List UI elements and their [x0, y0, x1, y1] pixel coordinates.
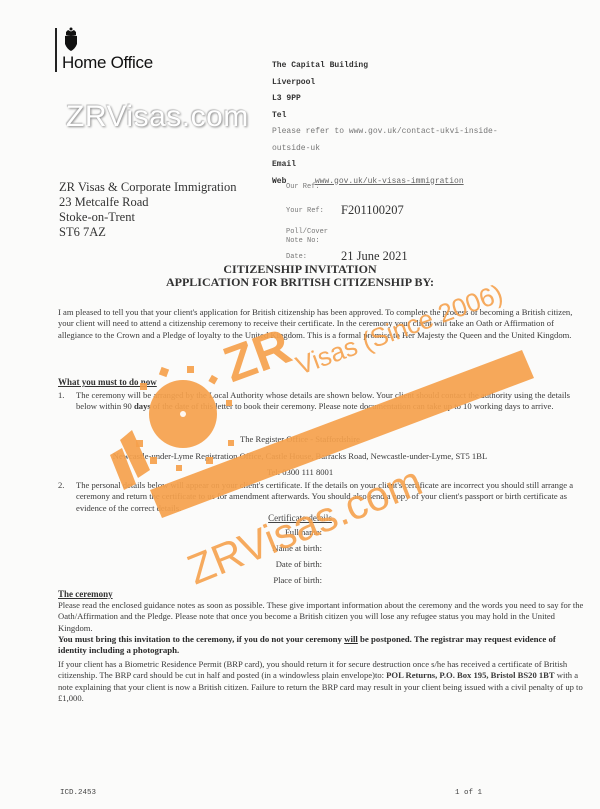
form-code: ICD.2453 [60, 789, 96, 797]
page-number: 1 of 1 [455, 789, 482, 797]
item1-text: The ceremony will be arranged by the Loc… [76, 390, 578, 413]
ceremony-heading: The ceremony [58, 589, 113, 599]
brp-paragraph: If your client has a Biometric Residence… [58, 659, 586, 704]
item1-bold: days [134, 401, 151, 411]
sender-line3: L3 9PP [272, 91, 498, 108]
poll-note-label: Poll/Cover Note No: [286, 228, 342, 246]
org-name: Home Office [62, 53, 153, 73]
your-ref-value: F201100207 [341, 203, 404, 218]
our-ref-label: Our Ref: [286, 183, 342, 192]
royal-crest-icon [63, 27, 79, 53]
title-line2: APPLICATION FOR BRITISH CITIZENSHIP BY: [0, 275, 600, 290]
recipient-address: ZR Visas & Corporate Immigration 23 Metc… [59, 180, 236, 240]
cert-field-name-at-birth: Name at birth: [0, 543, 322, 553]
poll-label-line2: Note No: [286, 237, 320, 245]
warning-pre: You must bring this invitation to the ce… [58, 634, 344, 644]
warning-underlined: will [344, 634, 358, 644]
ceremony-paragraph: Please read the enclosed guidance notes … [58, 600, 586, 634]
date-label: Date: [286, 253, 342, 262]
item1-number: 1. [58, 390, 64, 400]
office-name: The Register Office - Staffordshire [0, 434, 600, 444]
item1-post: of the date of this letter to book their… [151, 401, 554, 411]
your-ref-label: Your Ref: [286, 207, 342, 216]
watermark-diagonal: ZRVisas.com [181, 457, 429, 594]
cert-field-date-of-birth: Date of birth: [0, 559, 322, 569]
tel-label: Tel [272, 108, 498, 125]
item2-text: The personal details below will appear o… [76, 480, 578, 514]
office-phone: Tel: 0300 111 8001 [0, 467, 600, 477]
recipient-line4: ST6 7AZ [59, 225, 236, 240]
todo-heading: What you must to do now [58, 377, 157, 387]
cert-field-full-name: Full name: [0, 527, 322, 537]
poll-note-row: Poll/Cover Note No: [286, 228, 342, 246]
intro-paragraph: I am pleased to tell you that your clien… [58, 307, 578, 341]
watermark-site-text: ZRVisas.com [66, 100, 249, 134]
recipient-line1: ZR Visas & Corporate Immigration [59, 180, 236, 195]
tel-text-2: outside-uk [272, 141, 498, 158]
item2-number: 2. [58, 480, 64, 490]
brp-address: POL Returns, P.O. Box 195, Bristol BS20 … [386, 670, 554, 680]
poll-label-line1: Poll/Cover [286, 228, 328, 236]
tel-text-1: Please refer to www.gov.uk/contact-ukvi-… [272, 124, 498, 141]
sender-line2: Liverpool [272, 75, 498, 92]
certificate-heading: Certificate details [0, 513, 600, 523]
email-label: Email [272, 157, 498, 174]
sender-line1: The Capital Building [272, 58, 498, 75]
recipient-line2: 23 Metcalfe Road [59, 195, 236, 210]
office-address: Newcastle-under-Lyme Registration Office… [0, 451, 600, 461]
ceremony-warning: You must bring this invitation to the ce… [58, 634, 586, 657]
our-ref-row: Our Ref: [286, 183, 342, 201]
sender-address: The Capital Building Liverpool L3 9PP Te… [272, 58, 498, 190]
your-ref-row: Your Ref: F201100207 [286, 207, 342, 225]
cert-field-place-of-birth: Place of birth: [0, 575, 322, 585]
recipient-line3: Stoke-on-Trent [59, 210, 236, 225]
logo-divider [55, 28, 57, 72]
